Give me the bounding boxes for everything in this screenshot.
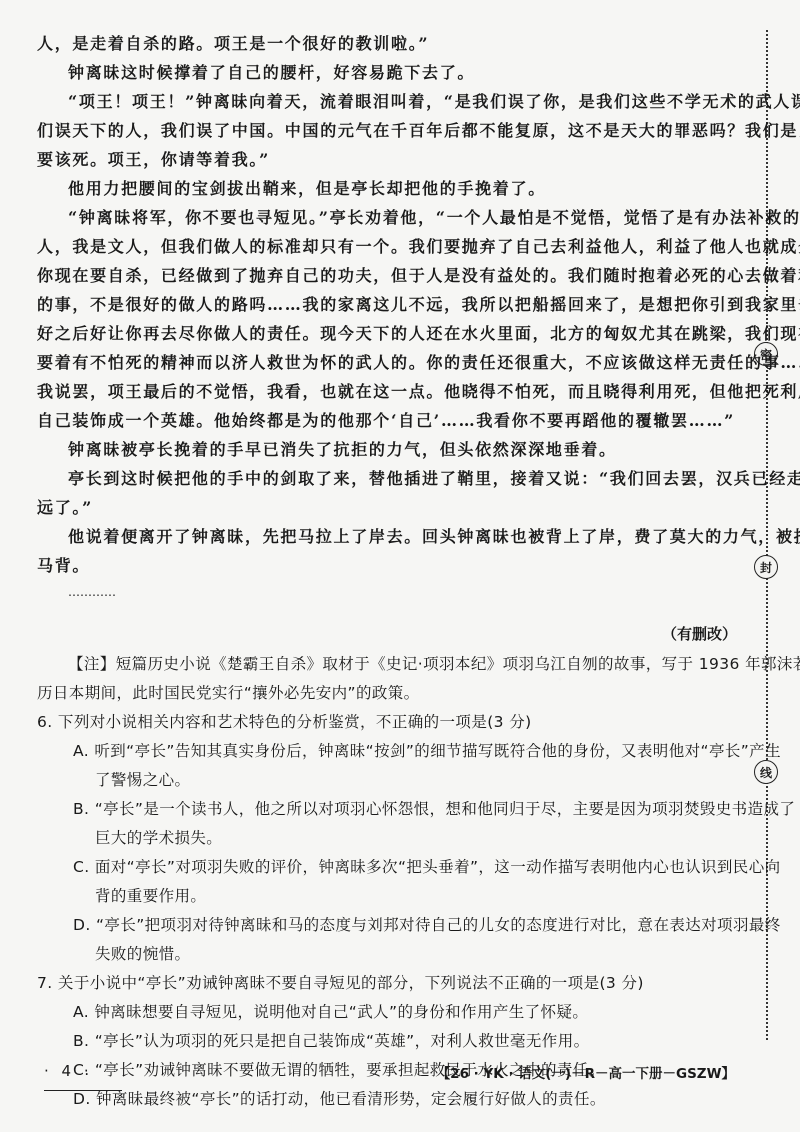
passage-line: 马背。 (37, 556, 90, 576)
option-d: D. “亭长”把项羽对待钟离昧和马的态度与刘邦对待自己的儿女的态度进行对比，意在… (73, 915, 781, 935)
page-number: · 4 · (44, 1062, 93, 1080)
note-line: 【注】短篇历史小说《楚霸王自杀》取材于《史记·项羽本纪》项羽乌江自刎的故事，写于… (68, 654, 800, 674)
passage-line: 人，是走着自杀的路。项王是一个很好的教训啦。” (37, 34, 429, 54)
note-line: 历日本期间，此时国民党实行“攘外必先安内”的政策。 (37, 683, 420, 703)
passage-line: 要着有不怕死的精神而以济人救世为怀的武人的。你的责任还很重大，不应该做这样无责任… (37, 353, 800, 373)
passage-line: 钟离昧被亭长挽着的手早已消失了抗拒的力气，但头依然深深地垂着。 (68, 440, 617, 460)
passage-line: 的事，不是很好的做人的路吗……我的家离这儿不远，我所以把船摇回来了，是想把你引到… (37, 295, 800, 315)
passage-line: 人，我是文人，但我们做人的标准却只有一个。我们要抛弃了自己去利益他人，利益了他人… (37, 237, 800, 257)
passage-line: 好之后好让你再去尽你做人的责任。现今天下的人还在水火里面，北方的匈奴尤其在跳梁，… (37, 324, 800, 344)
option-d-cont: 失败的惋惜。 (95, 944, 190, 964)
passage-line: 远了。” (37, 498, 93, 518)
option-a: A. 听到“亭长”告知其真实身份后，钟离昧“按剑”的细节描写既符合他的身份，又表… (73, 741, 781, 761)
binding-mark-feng: 封 (754, 555, 778, 579)
passage-line: 你现在要自杀，已经做到了抛弃自己的功夫，但于人是没有益处的。我们随时抱着必死的心… (37, 266, 800, 286)
option-a-cont: 了警惕之心。 (95, 770, 190, 790)
page-number-underline (44, 1090, 122, 1091)
passage-line: “项王！项王！”钟离昧向着天，流着眼泪叫着，“是我们误了你，是我们这些不学无术的… (68, 92, 800, 112)
option-d: D. 钟离昧最终被“亭长”的话打动，他已看清形势，定会履行好做人的责任。 (73, 1089, 606, 1109)
option-b: B. “亭长”是一个读书人，他之所以对项羽心怀怨恨，想和他同归于尽，主要是因为项… (73, 799, 795, 819)
question-stem: 7. 关于小说中“亭长”劝诫钟离昧不要自寻短见的部分，下列说法不正确的一项是(3… (37, 973, 644, 993)
passage-line: 亭长到这时候把他的手中的剑取了来，替他插进了鞘里，接着又说：“我们回去罢，汉兵已… (68, 469, 800, 489)
passage-line: 我说罢，项王最后的不觉悟，我看，也就在这一点。他晓得不怕死，而且晓得利用死，但他… (37, 382, 800, 402)
exam-page: 密 封 线 人，是走着自杀的路。项王是一个很好的教训啦。” 钟离昧这时候撑着了自… (0, 0, 800, 1132)
option-c: C. 面对“亭长”对项羽失败的评价，钟离昧多次“把头垂着”，这一动作描写表明他内… (73, 857, 781, 877)
passage-line: 钟离昧这时候撑着了自己的腰杆，好容易跪下去了。 (68, 63, 475, 83)
passage-line: 自己装饰成一个英雄。他始终都是为的他那个‘自己’……我看你不要再蹈他的覆辙罢……… (37, 411, 735, 431)
passage-line: 要该死。项王，你请等着我。” (37, 150, 270, 170)
exam-code: 【26 · YK · 语文(一)－R－高一下册－GSZW】 (437, 1062, 735, 1082)
passage-line: 们误天下的人，我们误了中国。中国的元气在千百年后都不能复原，这不是天大的罪恶吗？… (37, 121, 800, 141)
option-c-cont: 背的重要作用。 (95, 886, 206, 906)
passage-line: 他说着便离开了钟离昧，先把马拉上了岸去。回头钟离昧也被背上了岸，费了莫大的力气，… (68, 527, 800, 547)
question-stem: 6. 下列对小说相关内容和艺术特色的分析鉴赏，不正确的一项是(3 分) (37, 712, 532, 732)
source-note: （有删改） (662, 623, 737, 644)
passage-line: “钟离昧将军，你不要也寻短见。”亭长劝着他，“一个人最怕是不觉悟，觉悟了是有办法… (68, 208, 800, 228)
option-b: B. “亭长”认为项羽的死只是把自己装饰成“英雄”，对利人救世毫无作用。 (73, 1031, 590, 1051)
passage-ellipsis: ………… (68, 582, 116, 602)
passage-line: 他用力把腰间的宝剑拔出鞘来，但是亭长却把他的手挽着了。 (68, 179, 546, 199)
option-b-cont: 巨大的学术损失。 (95, 828, 222, 848)
binding-mark-xian: 线 (754, 760, 778, 784)
option-a: A. 钟离昧想要自寻短见，说明他对自己“武人”的身份和作用产生了怀疑。 (73, 1002, 588, 1022)
